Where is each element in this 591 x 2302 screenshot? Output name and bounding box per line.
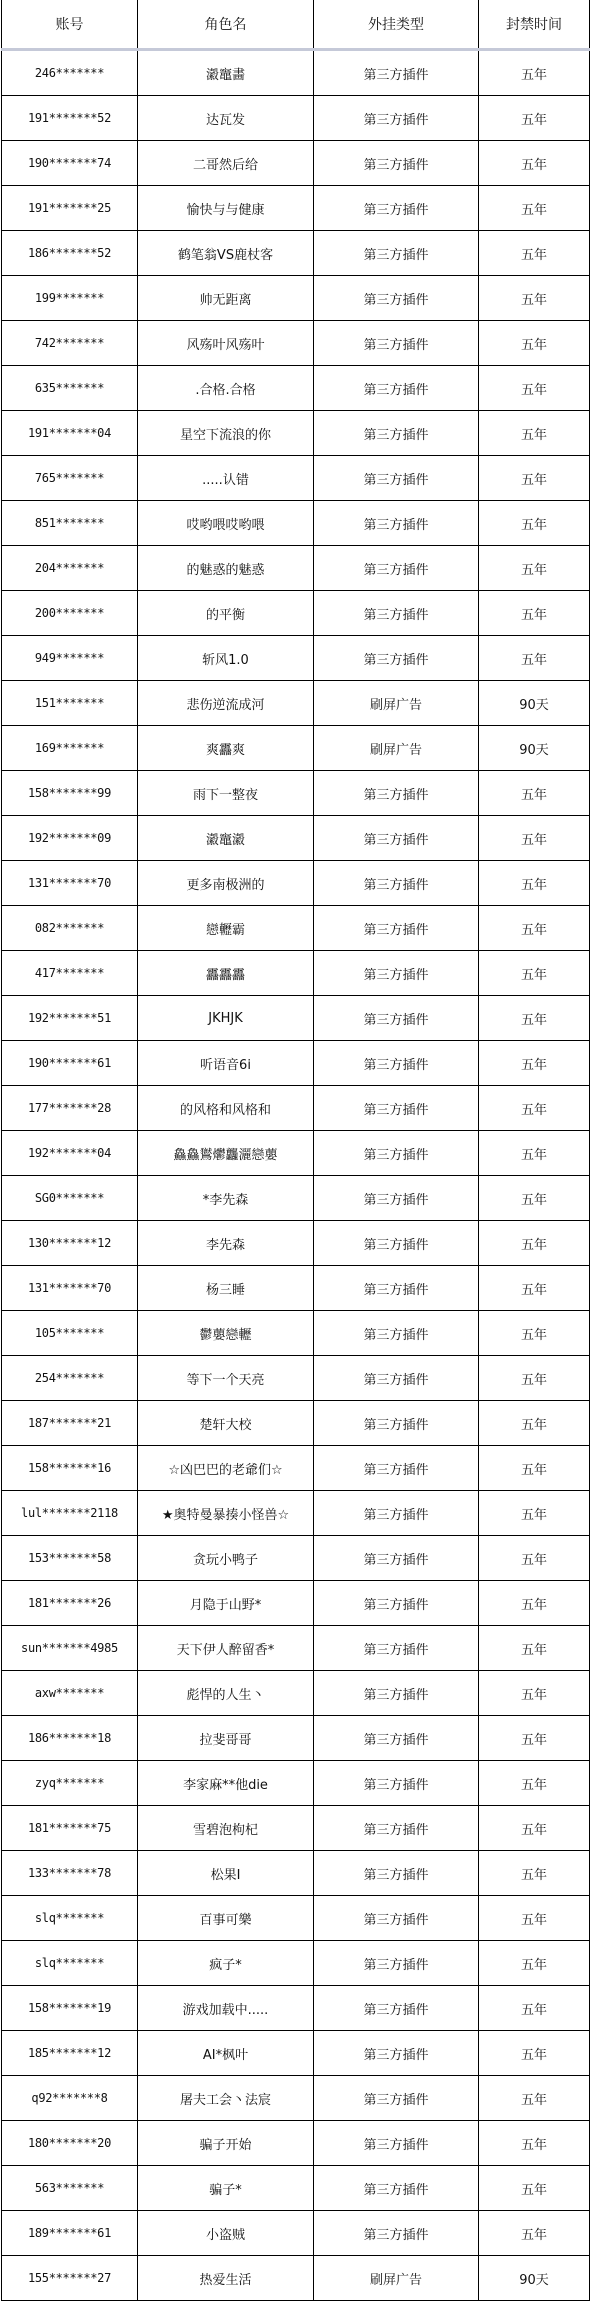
table-row: 949*******斩风1.0第三方插件五年: [2, 636, 590, 681]
account-cell: 563*******: [2, 2166, 138, 2211]
ban-duration-cell: 五年: [479, 411, 590, 456]
ban-duration-cell: 五年: [479, 1401, 590, 1446]
cheat-type-cell: 第三方插件: [314, 1896, 479, 1941]
cheat-type-cell: 第三方插件: [314, 186, 479, 231]
ban-duration-cell: 五年: [479, 1941, 590, 1986]
ban-duration-cell: 五年: [479, 591, 590, 636]
table-row: sun*******4985天下伊人醉留香*第三方插件五年: [2, 1626, 590, 1671]
character-name-cell: 月隐于山野*: [138, 1581, 314, 1626]
table-row: 742*******风殇叶风殇叶第三方插件五年: [2, 321, 590, 366]
table-row: 133*******78松果I第三方插件五年: [2, 1851, 590, 1896]
character-name-cell: 小盗贼: [138, 2211, 314, 2256]
character-name-cell: 愉快与与健康: [138, 186, 314, 231]
account-cell: q92*******8: [2, 2076, 138, 2121]
character-name-cell: 爽靐爽: [138, 726, 314, 771]
ban-duration-cell: 五年: [479, 1716, 590, 1761]
character-name-cell: 鬱蘡戀轣: [138, 1311, 314, 1356]
table-row: 130*******12李先森第三方插件五年: [2, 1221, 590, 1266]
cheat-type-cell: 第三方插件: [314, 366, 479, 411]
account-cell: 130*******12: [2, 1221, 138, 1266]
account-cell: lul*******2118: [2, 1491, 138, 1536]
table-row: 082*******戀轣霸第三方插件五年: [2, 906, 590, 951]
table-row: 131*******70更多南极洲的第三方插件五年: [2, 861, 590, 906]
account-cell: 153*******58: [2, 1536, 138, 1581]
cheat-type-cell: 第三方插件: [314, 2166, 479, 2211]
character-name-cell: 二哥然后给: [138, 141, 314, 186]
account-cell: sun*******4985: [2, 1626, 138, 1671]
cheat-type-cell: 第三方插件: [314, 906, 479, 951]
table-row: 191*******52达瓦发第三方插件五年: [2, 96, 590, 141]
character-name-cell: .....认错: [138, 456, 314, 501]
cheat-type-cell: 第三方插件: [314, 2121, 479, 2166]
table-row: 563*******骗子*第三方插件五年: [2, 2166, 590, 2211]
account-cell: 246*******: [2, 50, 138, 96]
table-row: 185*******12AI*枫叶第三方插件五年: [2, 2031, 590, 2076]
account-cell: 765*******: [2, 456, 138, 501]
account-cell: 635*******: [2, 366, 138, 411]
table-row: 181*******26月隐于山野*第三方插件五年: [2, 1581, 590, 1626]
cheat-type-cell: 第三方插件: [314, 951, 479, 996]
character-name-cell: 星空下流浪的你: [138, 411, 314, 456]
cheat-type-cell: 第三方插件: [314, 321, 479, 366]
ban-duration-cell: 五年: [479, 1806, 590, 1851]
character-name-cell: 的魅惑的魅惑: [138, 546, 314, 591]
cheat-type-cell: 第三方插件: [314, 231, 479, 276]
table-row: q92*******8屠夫工会丶法宸第三方插件五年: [2, 2076, 590, 2121]
account-cell: 204*******: [2, 546, 138, 591]
cheat-type-cell: 第三方插件: [314, 771, 479, 816]
character-name-cell: 鱻鱻鸑爩龘灑戀蘡: [138, 1131, 314, 1176]
table-row: 851*******哎哟喂哎哟喂第三方插件五年: [2, 501, 590, 546]
character-name-cell: 屠夫工会丶法宸: [138, 2076, 314, 2121]
ban-duration-cell: 五年: [479, 96, 590, 141]
table-row: slq*******疯子*第三方插件五年: [2, 1941, 590, 1986]
ban-duration-cell: 五年: [479, 501, 590, 546]
ban-duration-cell: 五年: [479, 2031, 590, 2076]
table-row: 192*******04鱻鱻鸑爩龘灑戀蘡第三方插件五年: [2, 1131, 590, 1176]
ban-duration-cell: 五年: [479, 1041, 590, 1086]
cheat-type-cell: 第三方插件: [314, 1086, 479, 1131]
ban-list-table: 账号 角色名 外挂类型 封禁时间 246*******瀫竈畵第三方插件五年191…: [1, 0, 590, 2301]
column-header-ban-duration: 封禁时间: [479, 0, 590, 50]
ban-duration-cell: 五年: [479, 2121, 590, 2166]
ban-duration-cell: 五年: [479, 1671, 590, 1716]
table-row: 190*******61听语音6i第三方插件五年: [2, 1041, 590, 1086]
ban-duration-cell: 五年: [479, 50, 590, 96]
table-row: 191*******04星空下流浪的你第三方插件五年: [2, 411, 590, 456]
ban-duration-cell: 90天: [479, 2256, 590, 2301]
cheat-type-cell: 第三方插件: [314, 591, 479, 636]
table-row: 180*******20骗子开始第三方插件五年: [2, 2121, 590, 2166]
account-cell: 158*******99: [2, 771, 138, 816]
ban-duration-cell: 五年: [479, 1626, 590, 1671]
character-name-cell: 天下伊人醉留香*: [138, 1626, 314, 1671]
cheat-type-cell: 第三方插件: [314, 1851, 479, 1896]
table-row: slq*******百事可樂第三方插件五年: [2, 1896, 590, 1941]
account-cell: 131*******70: [2, 861, 138, 906]
ban-duration-cell: 五年: [479, 1176, 590, 1221]
character-name-cell: 鹤笔翁VS鹿杖客: [138, 231, 314, 276]
account-cell: slq*******: [2, 1941, 138, 1986]
table-row: 177*******28的风格和风格和第三方插件五年: [2, 1086, 590, 1131]
character-name-cell: 戀轣霸: [138, 906, 314, 951]
account-cell: 186*******52: [2, 231, 138, 276]
account-cell: 155*******27: [2, 2256, 138, 2301]
account-cell: 177*******28: [2, 1086, 138, 1131]
cheat-type-cell: 第三方插件: [314, 2076, 479, 2121]
ban-duration-cell: 五年: [479, 816, 590, 861]
ban-duration-cell: 90天: [479, 726, 590, 771]
ban-duration-cell: 五年: [479, 996, 590, 1041]
account-cell: 949*******: [2, 636, 138, 681]
cheat-type-cell: 第三方插件: [314, 1311, 479, 1356]
character-name-cell: 悲伤逆流成河: [138, 681, 314, 726]
character-name-cell: AI*枫叶: [138, 2031, 314, 2076]
account-cell: 190*******74: [2, 141, 138, 186]
table-row: 765*******.....认错第三方插件五年: [2, 456, 590, 501]
character-name-cell: 热爱生活: [138, 2256, 314, 2301]
table-row: 189*******61小盗贼第三方插件五年: [2, 2211, 590, 2256]
account-cell: 199*******: [2, 276, 138, 321]
account-cell: 181*******75: [2, 1806, 138, 1851]
account-cell: axw*******: [2, 1671, 138, 1716]
table-row: 191*******25愉快与与健康第三方插件五年: [2, 186, 590, 231]
character-name-cell: 贪玩小鸭子: [138, 1536, 314, 1581]
table-row: axw*******彪悍的人生丶第三方插件五年: [2, 1671, 590, 1716]
cheat-type-cell: 第三方插件: [314, 1266, 479, 1311]
ban-duration-cell: 五年: [479, 1851, 590, 1896]
ban-duration-cell: 五年: [479, 186, 590, 231]
account-cell: 417*******: [2, 951, 138, 996]
ban-duration-cell: 五年: [479, 456, 590, 501]
account-cell: 185*******12: [2, 2031, 138, 2076]
cheat-type-cell: 第三方插件: [314, 1986, 479, 2031]
account-cell: 191*******04: [2, 411, 138, 456]
ban-duration-cell: 五年: [479, 906, 590, 951]
cheat-type-cell: 第三方插件: [314, 501, 479, 546]
cheat-type-cell: 第三方插件: [314, 276, 479, 321]
ban-duration-cell: 五年: [479, 636, 590, 681]
character-name-cell: 的风格和风格和: [138, 1086, 314, 1131]
account-cell: 851*******: [2, 501, 138, 546]
account-cell: 191*******25: [2, 186, 138, 231]
cheat-type-cell: 第三方插件: [314, 1671, 479, 1716]
character-name-cell: 瀫竈瀫: [138, 816, 314, 861]
ban-duration-cell: 五年: [479, 1491, 590, 1536]
ban-duration-cell: 五年: [479, 951, 590, 996]
cheat-type-cell: 第三方插件: [314, 1941, 479, 1986]
account-cell: 190*******61: [2, 1041, 138, 1086]
table-row: 200*******的平衡第三方插件五年: [2, 591, 590, 636]
account-cell: zyq*******: [2, 1761, 138, 1806]
cheat-type-cell: 第三方插件: [314, 996, 479, 1041]
account-cell: 169*******: [2, 726, 138, 771]
column-header-account: 账号: [2, 0, 138, 50]
cheat-type-cell: 第三方插件: [314, 1446, 479, 1491]
table-row: 181*******75雪碧泡枸杞第三方插件五年: [2, 1806, 590, 1851]
table-row: 192*******51JKHJK第三方插件五年: [2, 996, 590, 1041]
table-row: zyq*******李家麻**他die第三方插件五年: [2, 1761, 590, 1806]
character-name-cell: 楚轩大校: [138, 1401, 314, 1446]
cheat-type-cell: 第三方插件: [314, 2031, 479, 2076]
account-cell: 180*******20: [2, 2121, 138, 2166]
column-header-cheat-type: 外挂类型: [314, 0, 479, 50]
cheat-type-cell: 第三方插件: [314, 1536, 479, 1581]
table-row: 254*******等下一个天亮第三方插件五年: [2, 1356, 590, 1401]
ban-duration-cell: 五年: [479, 1266, 590, 1311]
cheat-type-cell: 第三方插件: [314, 50, 479, 96]
character-name-cell: 杨三睡: [138, 1266, 314, 1311]
account-cell: 186*******18: [2, 1716, 138, 1761]
character-name-cell: 骗子*: [138, 2166, 314, 2211]
character-name-cell: 哎哟喂哎哟喂: [138, 501, 314, 546]
table-row: 105*******鬱蘡戀轣第三方插件五年: [2, 1311, 590, 1356]
account-cell: SG0*******: [2, 1176, 138, 1221]
character-name-cell: 骗子开始: [138, 2121, 314, 2166]
character-name-cell: 等下一个天亮: [138, 1356, 314, 1401]
character-name-cell: 彪悍的人生丶: [138, 1671, 314, 1716]
table-row: 158*******16☆凶巴巴的老爺们☆第三方插件五年: [2, 1446, 590, 1491]
cheat-type-cell: 刷屏广告: [314, 681, 479, 726]
cheat-type-cell: 第三方插件: [314, 1221, 479, 1266]
character-name-cell: .合格.合格: [138, 366, 314, 411]
ban-duration-cell: 五年: [479, 141, 590, 186]
account-cell: 158*******19: [2, 1986, 138, 2031]
ban-duration-cell: 五年: [479, 771, 590, 816]
table-row: 246*******瀫竈畵第三方插件五年: [2, 50, 590, 96]
character-name-cell: 听语音6i: [138, 1041, 314, 1086]
ban-duration-cell: 五年: [479, 1446, 590, 1491]
cheat-type-cell: 第三方插件: [314, 96, 479, 141]
character-name-cell: 瀫竈畵: [138, 50, 314, 96]
cheat-type-cell: 第三方插件: [314, 1401, 479, 1446]
cheat-type-cell: 第三方插件: [314, 1356, 479, 1401]
cheat-type-cell: 第三方插件: [314, 1491, 479, 1536]
cheat-type-cell: 第三方插件: [314, 1041, 479, 1086]
account-cell: 082*******: [2, 906, 138, 951]
ban-duration-cell: 五年: [479, 2076, 590, 2121]
character-name-cell: 斩风1.0: [138, 636, 314, 681]
table-row: 635*******.合格.合格第三方插件五年: [2, 366, 590, 411]
cheat-type-cell: 第三方插件: [314, 1176, 479, 1221]
table-row: 187*******21楚轩大校第三方插件五年: [2, 1401, 590, 1446]
ban-duration-cell: 90天: [479, 681, 590, 726]
table-row: 199*******帅无距离第三方插件五年: [2, 276, 590, 321]
ban-duration-cell: 五年: [479, 1536, 590, 1581]
character-name-cell: 更多南极洲的: [138, 861, 314, 906]
ban-duration-cell: 五年: [479, 366, 590, 411]
table-row: lul*******2118★奥特曼暴揍小怪兽☆第三方插件五年: [2, 1491, 590, 1536]
account-cell: 131*******70: [2, 1266, 138, 1311]
account-cell: 192*******09: [2, 816, 138, 861]
cheat-type-cell: 第三方插件: [314, 636, 479, 681]
ban-duration-cell: 五年: [479, 321, 590, 366]
account-cell: 133*******78: [2, 1851, 138, 1896]
table-row: 131*******70杨三睡第三方插件五年: [2, 1266, 590, 1311]
account-cell: 192*******04: [2, 1131, 138, 1176]
table-row: 155*******27热爱生活刷屏广告90天: [2, 2256, 590, 2301]
account-cell: 192*******51: [2, 996, 138, 1041]
character-name-cell: 松果I: [138, 1851, 314, 1896]
cheat-type-cell: 第三方插件: [314, 1716, 479, 1761]
account-cell: 181*******26: [2, 1581, 138, 1626]
account-cell: 191*******52: [2, 96, 138, 141]
account-cell: 189*******61: [2, 2211, 138, 2256]
ban-duration-cell: 五年: [479, 1311, 590, 1356]
table-row: 153*******58贪玩小鸭子第三方插件五年: [2, 1536, 590, 1581]
table-row: 151*******悲伤逆流成河刷屏广告90天: [2, 681, 590, 726]
character-name-cell: ☆凶巴巴的老爺们☆: [138, 1446, 314, 1491]
table-row: 169*******爽靐爽刷屏广告90天: [2, 726, 590, 771]
character-name-cell: 游戏加载中.....: [138, 1986, 314, 2031]
account-cell: 158*******16: [2, 1446, 138, 1491]
cheat-type-cell: 第三方插件: [314, 1806, 479, 1851]
character-name-cell: 百事可樂: [138, 1896, 314, 1941]
character-name-cell: 风殇叶风殇叶: [138, 321, 314, 366]
table-row: SG0********李先森第三方插件五年: [2, 1176, 590, 1221]
account-cell: slq*******: [2, 1896, 138, 1941]
table-row: 192*******09瀫竈瀫第三方插件五年: [2, 816, 590, 861]
cheat-type-cell: 刷屏广告: [314, 726, 479, 771]
cheat-type-cell: 第三方插件: [314, 861, 479, 906]
table-row: 158*******19游戏加载中.....第三方插件五年: [2, 1986, 590, 2031]
character-name-cell: 雨下一整夜: [138, 771, 314, 816]
cheat-type-cell: 第三方插件: [314, 2211, 479, 2256]
cheat-type-cell: 第三方插件: [314, 411, 479, 456]
cheat-type-cell: 第三方插件: [314, 546, 479, 591]
ban-duration-cell: 五年: [479, 2166, 590, 2211]
table-row: 186*******52鹤笔翁VS鹿杖客第三方插件五年: [2, 231, 590, 276]
character-name-cell: 疯子*: [138, 1941, 314, 1986]
cheat-type-cell: 第三方插件: [314, 1581, 479, 1626]
cheat-type-cell: 刷屏广告: [314, 2256, 479, 2301]
cheat-type-cell: 第三方插件: [314, 1626, 479, 1671]
character-name-cell: 雪碧泡枸杞: [138, 1806, 314, 1851]
ban-duration-cell: 五年: [479, 1761, 590, 1806]
column-header-character-name: 角色名: [138, 0, 314, 50]
account-cell: 200*******: [2, 591, 138, 636]
character-name-cell: 李家麻**他die: [138, 1761, 314, 1806]
character-name-cell: 靐靐靐: [138, 951, 314, 996]
character-name-cell: ★奥特曼暴揍小怪兽☆: [138, 1491, 314, 1536]
ban-duration-cell: 五年: [479, 231, 590, 276]
character-name-cell: *李先森: [138, 1176, 314, 1221]
cheat-type-cell: 第三方插件: [314, 141, 479, 186]
character-name-cell: 李先森: [138, 1221, 314, 1266]
ban-duration-cell: 五年: [479, 1221, 590, 1266]
ban-duration-cell: 五年: [479, 1581, 590, 1626]
ban-duration-cell: 五年: [479, 1986, 590, 2031]
ban-duration-cell: 五年: [479, 1086, 590, 1131]
account-cell: 187*******21: [2, 1401, 138, 1446]
ban-duration-cell: 五年: [479, 1131, 590, 1176]
account-cell: 254*******: [2, 1356, 138, 1401]
cheat-type-cell: 第三方插件: [314, 456, 479, 501]
table-row: 186*******18拉斐哥哥第三方插件五年: [2, 1716, 590, 1761]
cheat-type-cell: 第三方插件: [314, 1131, 479, 1176]
character-name-cell: 达瓦发: [138, 96, 314, 141]
account-cell: 151*******: [2, 681, 138, 726]
ban-duration-cell: 五年: [479, 546, 590, 591]
character-name-cell: 拉斐哥哥: [138, 1716, 314, 1761]
account-cell: 742*******: [2, 321, 138, 366]
table-row: 417*******靐靐靐第三方插件五年: [2, 951, 590, 996]
table-row: 190*******74二哥然后给第三方插件五年: [2, 141, 590, 186]
character-name-cell: JKHJK: [138, 996, 314, 1041]
cheat-type-cell: 第三方插件: [314, 1761, 479, 1806]
character-name-cell: 帅无距离: [138, 276, 314, 321]
account-cell: 105*******: [2, 1311, 138, 1356]
ban-duration-cell: 五年: [479, 2211, 590, 2256]
table-row: 204*******的魅惑的魅惑第三方插件五年: [2, 546, 590, 591]
ban-duration-cell: 五年: [479, 1356, 590, 1401]
character-name-cell: 的平衡: [138, 591, 314, 636]
cheat-type-cell: 第三方插件: [314, 816, 479, 861]
ban-duration-cell: 五年: [479, 861, 590, 906]
table-row: 158*******99雨下一整夜第三方插件五年: [2, 771, 590, 816]
header-row: 账号 角色名 外挂类型 封禁时间: [2, 0, 590, 50]
ban-duration-cell: 五年: [479, 1896, 590, 1941]
ban-duration-cell: 五年: [479, 276, 590, 321]
